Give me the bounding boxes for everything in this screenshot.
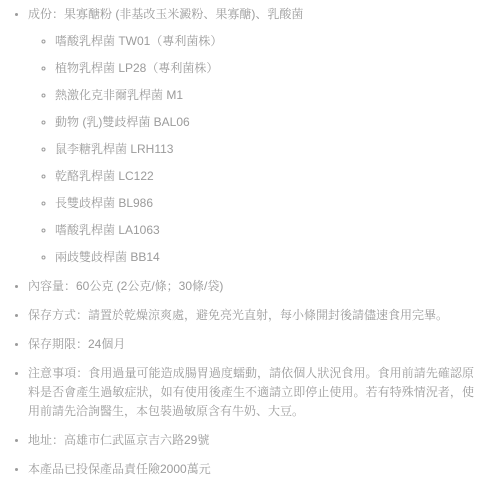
strain-item: 鼠李糖乳桿菌 LRH113 — [55, 140, 474, 159]
net-content-text: 內容量：60公克 (2公克/條；30條/袋) — [28, 279, 223, 293]
strain-item: 兩歧雙歧桿菌 BB14 — [55, 248, 474, 267]
strain-text: 乾酪乳桿菌 LC122 — [55, 169, 154, 183]
product-info-document: 成份：果寡醣粉 (非基改玉米澱粉、果寡醣)、乳酸菌 嗜酸乳桿菌 TW01（專利菌… — [0, 0, 486, 479]
strain-item: 熱激化克非爾乳桿菌 M1 — [55, 86, 474, 105]
shelf-life-text: 保存期限：24個月 — [28, 337, 125, 351]
insurance-item: 本產品已投保產品責任險2000萬元 — [28, 460, 474, 479]
strain-text: 植物乳桿菌 LP28（專利菌株） — [55, 61, 218, 75]
address-item: 地址：高雄市仁武區京吉六路29號 — [28, 431, 474, 450]
strain-item: 嗜酸乳桿菌 TW01（專利菌株） — [55, 32, 474, 51]
ingredients-text: 成份：果寡醣粉 (非基改玉米澱粉、果寡醣)、乳酸菌 — [28, 7, 303, 21]
storage-item: 保存方式：請置於乾燥涼爽處，避免亮光直射，每小條開封後請儘速食用完畢。 — [28, 306, 474, 325]
strain-item: 動物 (乳)雙歧桿菌 BAL06 — [55, 113, 474, 132]
strain-item: 乾酪乳桿菌 LC122 — [55, 167, 474, 186]
strain-text: 嗜酸乳桿菌 LA1063 — [55, 223, 160, 237]
precautions-item: 注意事項：食用過量可能造成腸胃過度蠕動，請依個人狀況食用。食用前請先確認原料是否… — [28, 364, 474, 421]
shelf-life-item: 保存期限：24個月 — [28, 335, 474, 354]
strain-text: 熱激化克非爾乳桿菌 M1 — [55, 88, 183, 102]
address-text: 地址：高雄市仁武區京吉六路29號 — [28, 433, 209, 447]
strain-item: 長雙歧桿菌 BL986 — [55, 194, 474, 213]
precautions-text: 注意事項：食用過量可能造成腸胃過度蠕動，請依個人狀況食用。食用前請先確認原料是否… — [28, 366, 474, 418]
strain-list: 嗜酸乳桿菌 TW01（專利菌株） 植物乳桿菌 LP28（專利菌株） 熱激化克非爾… — [28, 32, 474, 267]
strain-item: 嗜酸乳桿菌 LA1063 — [55, 221, 474, 240]
strain-text: 鼠李糖乳桿菌 LRH113 — [55, 142, 173, 156]
storage-text: 保存方式：請置於乾燥涼爽處，避免亮光直射，每小條開封後請儘速食用完畢。 — [28, 308, 448, 322]
insurance-text: 本產品已投保產品責任險2000萬元 — [28, 462, 211, 476]
strain-text: 動物 (乳)雙歧桿菌 BAL06 — [55, 115, 190, 129]
strain-text: 嗜酸乳桿菌 TW01（專利菌株） — [55, 34, 222, 48]
product-info-list: 成份：果寡醣粉 (非基改玉米澱粉、果寡醣)、乳酸菌 嗜酸乳桿菌 TW01（專利菌… — [0, 5, 474, 479]
ingredients-item: 成份：果寡醣粉 (非基改玉米澱粉、果寡醣)、乳酸菌 嗜酸乳桿菌 TW01（專利菌… — [28, 5, 474, 267]
strain-text: 長雙歧桿菌 BL986 — [55, 196, 153, 210]
strain-text: 兩歧雙歧桿菌 BB14 — [55, 250, 160, 264]
net-content-item: 內容量：60公克 (2公克/條；30條/袋) — [28, 277, 474, 296]
strain-item: 植物乳桿菌 LP28（專利菌株） — [55, 59, 474, 78]
